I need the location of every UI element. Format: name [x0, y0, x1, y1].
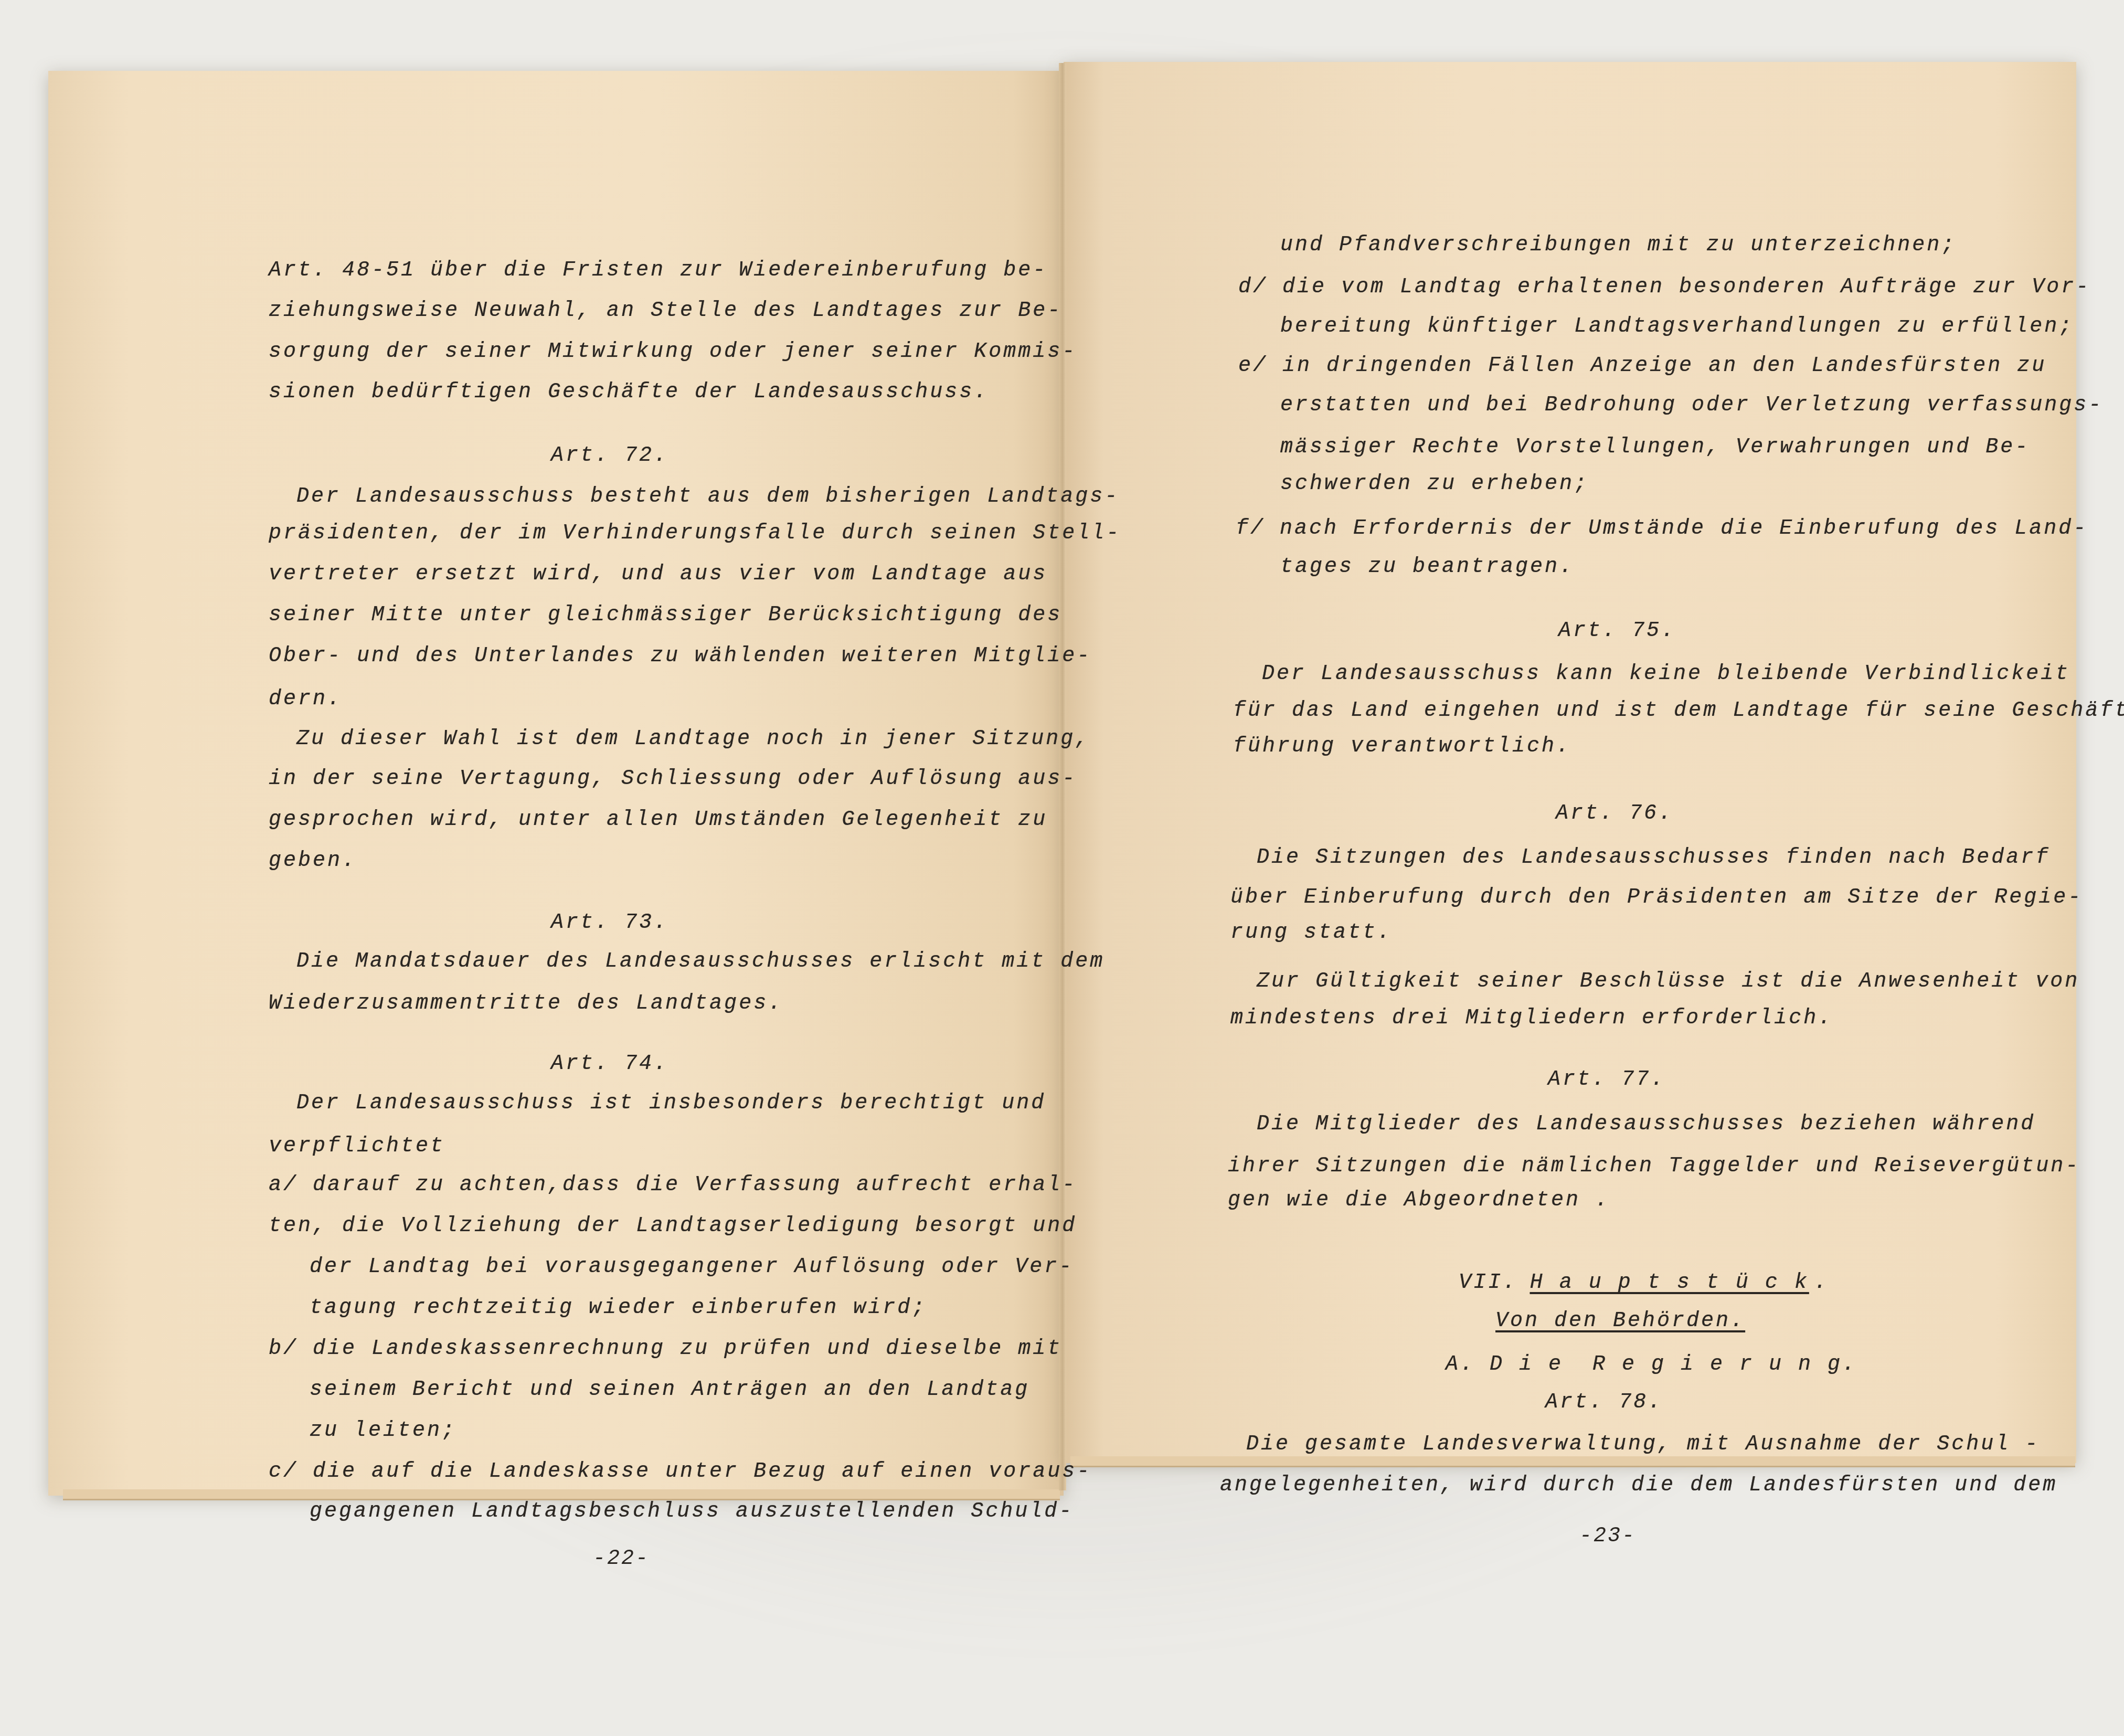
chapter-number: VII. [1459, 1271, 1517, 1295]
text-line: seinem Bericht und seinen Anträgen an de… [310, 1378, 1029, 1402]
text-line: mässiger Rechte Vorstellungen, Verwahrun… [1280, 436, 2030, 459]
text-line: Die Mandatsdauer des Landesausschusses e… [296, 950, 1105, 973]
text-line: präsidenten, der im Verhinderungsfalle d… [269, 522, 1121, 545]
text-line: angelegenheiten, wird durch die dem Land… [1220, 1474, 2057, 1497]
text-line: erstatten und bei Bedrohung oder Verletz… [1280, 394, 2103, 417]
text-line: über Einberufung durch den Präsidenten a… [1230, 886, 2083, 909]
article-heading-76: Art. 76. [1556, 802, 1673, 825]
article-heading-73: Art. 73. [551, 911, 668, 935]
page-number-23: -23- [1579, 1525, 1636, 1548]
chapter-subtitle: Von den Behörden. [1495, 1309, 1745, 1333]
text-line: ten, die Vollziehung der Landtagserledig… [269, 1214, 1077, 1238]
text-line: und Pfandverschreibungen mit zu unterzei… [1280, 234, 1956, 257]
right-page-bottom-edge [1070, 1456, 2075, 1467]
text-line: Die Sitzungen des Landesausschusses find… [1257, 846, 2050, 870]
text-line: mindestens drei Mitgliedern erforderlich… [1230, 1007, 1833, 1030]
text-line: Die gesamte Landesverwaltung, mit Ausnah… [1246, 1433, 2040, 1456]
text-line: geben. [269, 849, 357, 873]
text-line: seiner Mitte unter gleichmässiger Berück… [269, 604, 1062, 627]
article-heading-75: Art. 75. [1558, 619, 1676, 643]
text-line: ihrer Sitzungen die nämlichen Taggelder … [1228, 1155, 2080, 1178]
text-line: Der Landesausschuss besteht aus dem bish… [296, 485, 1119, 509]
text-line: gen wie die Abgeordneten . [1228, 1189, 1610, 1212]
text-line: tages zu beantragen. [1280, 555, 1574, 579]
text-line: ziehungsweise Neuwahl, an Stelle des Lan… [269, 299, 1062, 323]
text-line: Zur Gültigkeit seiner Beschlüsse ist die… [1257, 970, 2079, 993]
text-line: in der seine Vertagung, Schliessung oder… [269, 767, 1077, 791]
text-line: tagung rechtzeitig wieder einberufen wir… [310, 1296, 927, 1320]
chapter-title-period: . [1814, 1271, 1829, 1295]
text-line: gegangenen Landtagsbeschluss auszustelle… [310, 1500, 1074, 1523]
text-line: führung verantwortlich. [1233, 735, 1571, 758]
article-heading-72: Art. 72. [551, 444, 668, 468]
text-line: für das Land eingehen und ist dem Landta… [1233, 699, 2124, 723]
section-heading: A. D i e R e g i e r u n g. [1446, 1353, 1857, 1377]
text-line: sionen bedürftigen Geschäfte der Landesa… [269, 380, 989, 404]
article-heading-74: Art. 74. [551, 1052, 668, 1076]
text-line: vertreter ersetzt wird, und aus vier vom… [269, 563, 1047, 586]
text-line: sorgung der seiner Mitwirkung oder jener… [269, 340, 1077, 364]
text-line: bereitung künftiger Landtagsverhandlunge… [1280, 315, 2074, 338]
list-item-f: f/ nach Erfordernis der Umstände die Ein… [1236, 517, 2088, 541]
list-item-a: a/ darauf zu achten,dass die Verfassung … [269, 1173, 1077, 1197]
text-line: zu leiten; [310, 1419, 456, 1443]
list-item-e: e/ in dringenden Fällen Anzeige an den L… [1238, 354, 2046, 378]
text-line: schwerden zu erheben; [1280, 472, 1589, 496]
left-page-bottom-edge [63, 1489, 1060, 1500]
text-line: der Landtag bei vorausgegangener Auflösu… [310, 1255, 1074, 1279]
list-item-d: d/ die vom Landtag erhaltenen besonderen… [1238, 276, 2090, 299]
text-line: rung statt. [1230, 921, 1392, 945]
list-item-c: c/ die auf die Landeskasse unter Bezug a… [269, 1460, 1091, 1484]
text-line: dern. [269, 687, 342, 711]
right-page [1064, 62, 2076, 1463]
text-line: Der Landesausschuss kann keine bleibende… [1262, 662, 2070, 686]
text-line: verpflichtet [269, 1135, 445, 1158]
text-line: Wiederzusammentritte des Landtages. [269, 992, 783, 1015]
text-line: Art. 48-51 über die Fristen zur Wiederei… [269, 259, 1047, 282]
article-heading-78: Art. 78. [1545, 1391, 1663, 1414]
list-item-b: b/ die Landeskassenrechnung zu prüfen un… [269, 1337, 1062, 1361]
chapter-title: H a u p t s t ü c k [1530, 1271, 1809, 1295]
text-line: Die Mitglieder des Landesausschusses bez… [1257, 1113, 2035, 1136]
article-heading-77: Art. 77. [1548, 1068, 1665, 1092]
text-line: Ober- und des Unterlandes zu wählenden w… [269, 644, 1091, 668]
text-line: gesprochen wird, unter allen Umständen G… [269, 808, 1047, 832]
text-line: Zu dieser Wahl ist dem Landtage noch in … [296, 727, 1090, 751]
page-number-22: -22- [593, 1547, 650, 1571]
chapter-heading: VII. H a u p t s t ü c k . [1459, 1271, 1829, 1295]
text-line: Der Landesausschuss ist insbesonders ber… [296, 1092, 1046, 1115]
